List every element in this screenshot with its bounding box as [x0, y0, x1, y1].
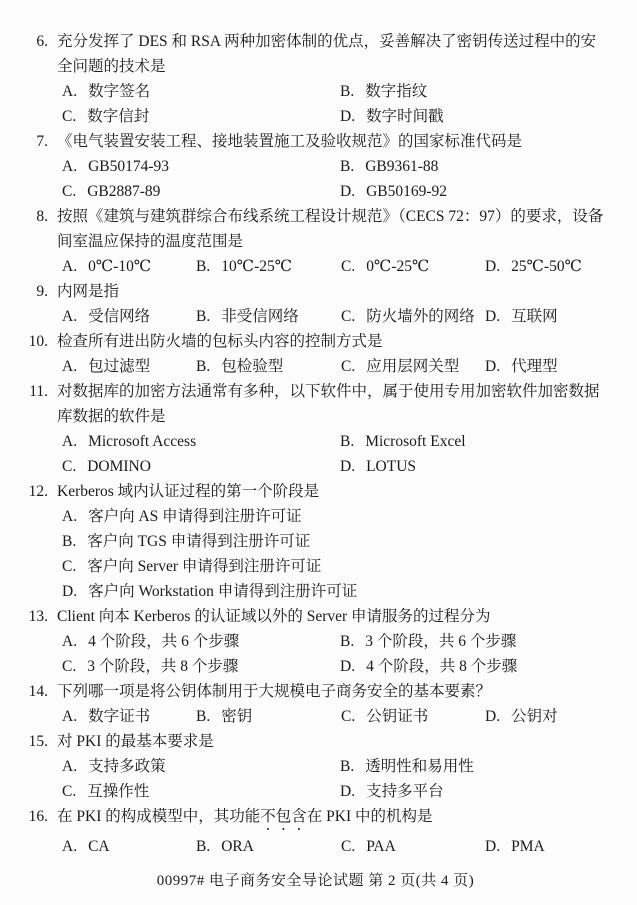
question-item: 11. 对数据库的加密方法通常有多种，以下软件中，属于使用专用加密软件加密数据库… [20, 379, 611, 479]
option-label: A. [62, 838, 77, 855]
option-text: 应用层网关型 [366, 358, 459, 375]
option: B.Microsoft Excel [340, 429, 611, 454]
question-item: 12. Kerberos 域内认证过程的第一个阶段是 A.客户向 AS 申请得到… [20, 479, 611, 604]
option: C.3 个阶段，共 8 个步骤 [62, 654, 340, 679]
option-label: C. [341, 838, 355, 855]
option: B.客户向 TGS 申请得到注册许可证 [62, 529, 611, 554]
question-text-post: 在 PKI 中的机构是 [307, 808, 433, 825]
option: A.支持多政策 [62, 754, 340, 779]
option: A.0℃-10℃ [62, 254, 196, 279]
option-text: 包过滤型 [88, 358, 150, 375]
question-text: 充分发挥了 DES 和 RSA 两种加密体制的优点，妥善解决了密钥传送过程中的安… [57, 29, 611, 79]
option: A.Microsoft Access [62, 429, 340, 454]
option: B.密钥 [196, 704, 341, 729]
question-number: 14. [20, 679, 48, 704]
question-item: 13. Client 向本 Kerberos 的认证域以外的 Server 申请… [20, 604, 611, 679]
option-text: DOMINO [87, 458, 151, 475]
question-text: 内网是指 [57, 279, 611, 304]
option-label: A. [62, 258, 77, 275]
option-label: C. [62, 658, 76, 675]
option: A.数字签名 [62, 79, 340, 104]
question-item: 10. 检查所有进出防火墙的包标头内容的控制方式是 A.包过滤型 B.包检验型 … [20, 329, 611, 379]
option: D.代理型 [485, 354, 611, 379]
option: A.数字证书 [62, 704, 196, 729]
question-item: 9. 内网是指 A.受信网络 B.非受信网络 C.防火墙外的网络 D.互联网 [20, 279, 611, 329]
option-label: D. [340, 183, 355, 200]
option-label: C. [62, 783, 76, 800]
option-label: C. [341, 358, 355, 375]
option-text: 客户向 TGS 申请得到注册许可证 [87, 533, 310, 550]
option-label: A. [62, 633, 77, 650]
option-label: A. [62, 308, 77, 325]
option: A.受信网络 [62, 304, 196, 329]
option-text: Microsoft Access [88, 433, 196, 450]
option-label: C. [62, 108, 76, 125]
option-label: B. [62, 533, 76, 550]
option: B.ORA [196, 834, 341, 859]
option-label: C. [341, 308, 355, 325]
option: D.数字时间戳 [340, 104, 611, 129]
option: A.4 个阶段，共 6 个步骤 [62, 629, 340, 654]
option-text: 支持多政策 [88, 758, 166, 775]
option-text: 包检验型 [221, 358, 283, 375]
option-text: 非受信网络 [221, 308, 299, 325]
option-text: ORA [221, 838, 254, 855]
option: D.25℃-50℃ [485, 254, 611, 279]
option-label: B. [196, 358, 210, 375]
option-label: B. [340, 758, 354, 775]
question-text-emphasized: 不包含 [260, 808, 307, 825]
option-text: 4 个阶段，共 8 个步骤 [366, 658, 517, 675]
option: D.客户向 Workstation 申请得到注册许可证 [62, 579, 611, 604]
question-text: 对 PKI 的最基本要求是 [57, 729, 611, 754]
question-text: Kerberos 域内认证过程的第一个阶段是 [57, 479, 611, 504]
option-text: 0℃-25℃ [366, 258, 429, 275]
page-footer: 00997# 电子商务安全导论试题 第 2 页(共 4 页) [20, 869, 611, 894]
option-text: LOTUS [366, 458, 416, 475]
option-label: D. [485, 358, 500, 375]
exam-page: 6. 充分发挥了 DES 和 RSA 两种加密体制的优点，妥善解决了密钥传送过程… [0, 0, 637, 905]
option-label: B. [196, 258, 210, 275]
question-text: 对数据库的加密方法通常有多种，以下软件中，属于使用专用加密软件加密数据库数据的软… [57, 379, 611, 429]
option-text: CA [88, 838, 110, 855]
option-text: 0℃-10℃ [88, 258, 151, 275]
option-label: B. [196, 838, 210, 855]
options-grid: A.0℃-10℃ B.10℃-25℃ C.0℃-25℃ D.25℃-50℃ [62, 254, 611, 279]
options-grid: A.GB50174-93 B.GB9361-88 C.GB2887-89 D.G… [62, 154, 611, 204]
options-grid: A.支持多政策 B.透明性和易用性 C.互操作性 D.支持多平台 [62, 754, 611, 804]
option-text: GB9361-88 [365, 158, 438, 175]
option-text: 密钥 [221, 708, 252, 725]
option-label: D. [485, 838, 500, 855]
option: B.10℃-25℃ [196, 254, 341, 279]
question-text: Client 向本 Kerberos 的认证域以外的 Server 申请服务的过… [57, 604, 611, 629]
question-text: 《电气装置安装工程、接地装置施工及验收规范》的国家标准代码是 [57, 129, 611, 154]
option-text: 数字信封 [87, 108, 149, 125]
question-number: 7. [20, 129, 48, 154]
option: C.DOMINO [62, 454, 340, 479]
option-text: 25℃-50℃ [511, 258, 582, 275]
option-text: 互联网 [511, 308, 558, 325]
option-text: 受信网络 [88, 308, 150, 325]
option-label: C. [341, 258, 355, 275]
option: D.4 个阶段，共 8 个步骤 [340, 654, 611, 679]
option-label: A. [62, 508, 77, 525]
option-text: 互操作性 [87, 783, 149, 800]
option-text: 3 个阶段，共 8 个步骤 [87, 658, 238, 675]
option-label: A. [62, 83, 77, 100]
option: C.数字信封 [62, 104, 340, 129]
question-number: 12. [20, 479, 48, 504]
option-text: 10℃-25℃ [221, 258, 292, 275]
option: C.客户向 Server 申请得到注册许可证 [62, 554, 611, 579]
option-text: Microsoft Excel [365, 433, 465, 450]
options-grid: A.CA B.ORA C.PAA D.PMA [62, 834, 611, 859]
option-text: PMA [511, 838, 545, 855]
options-grid: A.数字签名 B.数字指纹 C.数字信封 D.数字时间戳 [62, 79, 611, 129]
option-label: B. [340, 633, 354, 650]
option: A.GB50174-93 [62, 154, 340, 179]
option: D.公钥对 [485, 704, 611, 729]
option-text: 数字指纹 [365, 83, 427, 100]
question-number: 13. [20, 604, 48, 629]
option: A.客户向 AS 申请得到注册许可证 [62, 504, 611, 529]
option: B.非受信网络 [196, 304, 341, 329]
question-text: 按照《建筑与建筑群综合布线系统工程设计规范》（CECS 72：97）的要求，设备… [57, 204, 611, 254]
option: B.透明性和易用性 [340, 754, 611, 779]
option-text: 客户向 Server 申请得到注册许可证 [87, 558, 321, 575]
option: C.应用层网关型 [341, 354, 485, 379]
option-text: 客户向 AS 申请得到注册许可证 [88, 508, 302, 525]
option-text: 4 个阶段，共 6 个步骤 [88, 633, 239, 650]
option-label: B. [340, 158, 354, 175]
question-number: 6. [20, 29, 48, 79]
options-grid: A.Microsoft Access B.Microsoft Excel C.D… [62, 429, 611, 479]
question-number: 10. [20, 329, 48, 354]
question-text: 检查所有进出防火墙的包标头内容的控制方式是 [57, 329, 611, 354]
question-number: 16. [20, 804, 48, 834]
option: B.包检验型 [196, 354, 341, 379]
option-label: D. [340, 658, 355, 675]
option-label: C. [341, 708, 355, 725]
option-text: GB50169-92 [366, 183, 447, 200]
option-label: B. [340, 83, 354, 100]
option-label: A. [62, 158, 77, 175]
question-text: 下列哪一项是将公钥体制用于大规模电子商务安全的基本要素？ [57, 679, 611, 704]
option-label: C. [62, 458, 76, 475]
option-label: B. [196, 708, 210, 725]
option-label: D. [485, 708, 500, 725]
option-label: A. [62, 708, 77, 725]
option-label: B. [196, 308, 210, 325]
option-text: GB50174-93 [88, 158, 169, 175]
option: A.CA [62, 834, 196, 859]
option-text: 3 个阶段，共 6 个步骤 [365, 633, 516, 650]
option-label: A. [62, 758, 77, 775]
question-text-pre: 在 PKI 的构成模型中，其功能 [57, 808, 260, 825]
option: C.公钥证书 [341, 704, 485, 729]
option-text: GB2887-89 [87, 183, 160, 200]
question-number: 8. [20, 204, 48, 254]
option: B.GB9361-88 [340, 154, 611, 179]
option-text: 支持多平台 [366, 783, 444, 800]
option: B.数字指纹 [340, 79, 611, 104]
option-text: 数字证书 [88, 708, 150, 725]
option: A.包过滤型 [62, 354, 196, 379]
option-label: C. [62, 183, 76, 200]
option-label: D. [340, 108, 355, 125]
option: D.互联网 [485, 304, 611, 329]
options-grid: A.受信网络 B.非受信网络 C.防火墙外的网络 D.互联网 [62, 304, 611, 329]
question-number: 9. [20, 279, 48, 304]
options-grid: A.4 个阶段，共 6 个步骤 B.3 个阶段，共 6 个步骤 C.3 个阶段，… [62, 629, 611, 679]
question-number: 11. [20, 379, 48, 429]
option-text: PAA [366, 838, 396, 855]
option-label: C. [62, 558, 76, 575]
option-text: 公钥对 [511, 708, 558, 725]
options-grid: A.客户向 AS 申请得到注册许可证 B.客户向 TGS 申请得到注册许可证 C… [62, 504, 611, 604]
option: D.PMA [485, 834, 611, 859]
option-label: D. [485, 308, 500, 325]
option-text: 防火墙外的网络 [366, 308, 475, 325]
option-label: A. [62, 358, 77, 375]
option-label: D. [340, 783, 355, 800]
option: C.0℃-25℃ [341, 254, 485, 279]
question-item: 7. 《电气装置安装工程、接地装置施工及验收规范》的国家标准代码是 A.GB50… [20, 129, 611, 204]
question-item: 6. 充分发挥了 DES 和 RSA 两种加密体制的优点，妥善解决了密钥传送过程… [20, 29, 611, 129]
question-item: 15. 对 PKI 的最基本要求是 A.支持多政策 B.透明性和易用性 C.互操… [20, 729, 611, 804]
option-label: D. [62, 583, 77, 600]
option-label: B. [340, 433, 354, 450]
question-text: 在 PKI 的构成模型中，其功能不包含在 PKI 中的机构是 [57, 804, 611, 834]
option-text: 代理型 [511, 358, 558, 375]
question-item: 14. 下列哪一项是将公钥体制用于大规模电子商务安全的基本要素？ A.数字证书 … [20, 679, 611, 729]
options-grid: A.包过滤型 B.包检验型 C.应用层网关型 D.代理型 [62, 354, 611, 379]
option-text: 公钥证书 [366, 708, 428, 725]
question-number: 15. [20, 729, 48, 754]
option-text: 客户向 Workstation 申请得到注册许可证 [88, 583, 357, 600]
option: C.防火墙外的网络 [341, 304, 485, 329]
question-item: 8. 按照《建筑与建筑群综合布线系统工程设计规范》（CECS 72：97）的要求… [20, 204, 611, 279]
option-text: 透明性和易用性 [365, 758, 474, 775]
option: D.支持多平台 [340, 779, 611, 804]
option: D.LOTUS [340, 454, 611, 479]
question-item: 16. 在 PKI 的构成模型中，其功能不包含在 PKI 中的机构是 A.CA … [20, 804, 611, 859]
option: D.GB50169-92 [340, 179, 611, 204]
options-grid: A.数字证书 B.密钥 C.公钥证书 D.公钥对 [62, 704, 611, 729]
option-label: A. [62, 433, 77, 450]
option: C.GB2887-89 [62, 179, 340, 204]
option-label: D. [340, 458, 355, 475]
option: C.PAA [341, 834, 485, 859]
option: C.互操作性 [62, 779, 340, 804]
option-text: 数字时间戳 [366, 108, 444, 125]
option-label: D. [485, 258, 500, 275]
option: B.3 个阶段，共 6 个步骤 [340, 629, 611, 654]
option-text: 数字签名 [88, 83, 150, 100]
